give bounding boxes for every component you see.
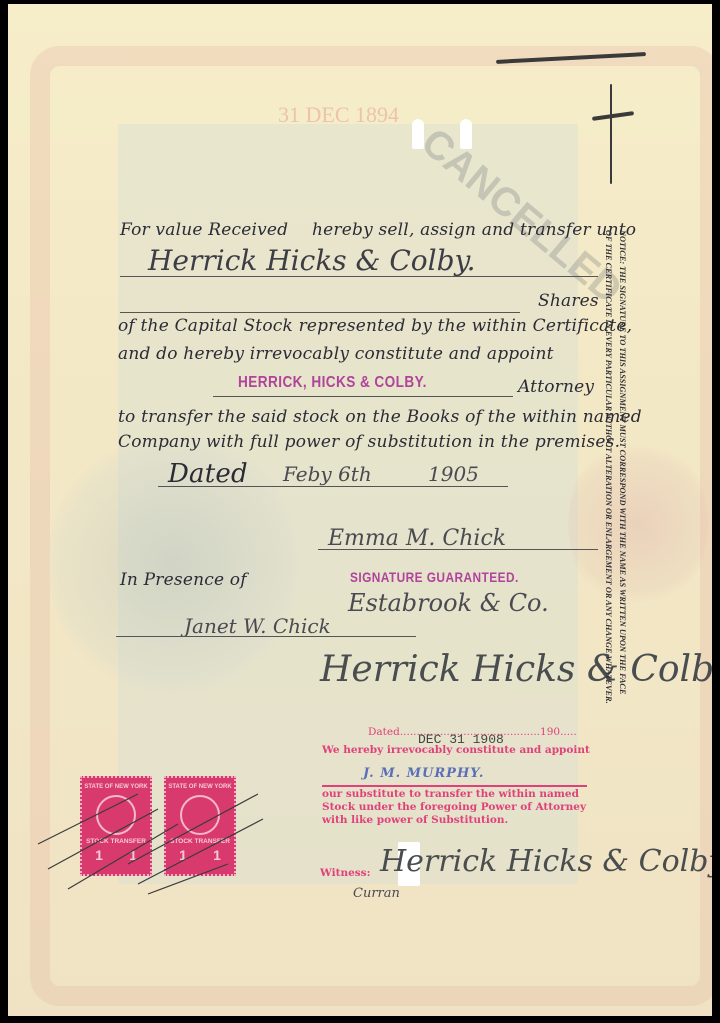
assignment-substitution: Company with full power of substitution … xyxy=(118,432,620,452)
witness-label: Witness: xyxy=(320,867,370,879)
assignment-for-value-received: For value Received xyxy=(120,220,288,240)
substitution-firm-signature: Herrick Hicks & Colby xyxy=(380,844,712,879)
punch-hole xyxy=(460,119,472,149)
attorney-line xyxy=(213,396,513,397)
substitution-line-4: with like power of Substitution. xyxy=(322,814,508,826)
show-through-seal xyxy=(568,434,708,614)
pencil-stroke xyxy=(610,84,612,184)
dated-day-handwritten: Feby 6th xyxy=(283,462,372,486)
certificate-paper: 31 DEC 1894 CANCELLED For value Received… xyxy=(8,4,712,1016)
in-presence-of-label: In Presence of xyxy=(120,570,247,590)
attorney-label: Attorney xyxy=(518,377,594,397)
assignment-transfer-unto: hereby sell, assign and transfer unto xyxy=(312,220,636,240)
substitution-line-3: Stock under the foregoing Power of Attor… xyxy=(322,801,586,813)
shares-label: Shares xyxy=(538,291,599,311)
dated-label: Dated xyxy=(168,459,248,489)
dated-year-handwritten: 1905 xyxy=(428,462,479,486)
attorney-stamp: HERRICK, HICKS & COLBY. xyxy=(238,374,427,392)
signature-guaranteed-stamp: SIGNATURE GUARANTEED. xyxy=(350,569,519,585)
signer-signature: Emma M. Chick xyxy=(328,526,506,551)
assignment-constitute-appoint: and do hereby irrevocably constitute and… xyxy=(118,344,554,364)
signer-line xyxy=(318,549,598,550)
assignee-line xyxy=(120,276,598,277)
assignment-transfer-books: to transfer the said stock on the Books … xyxy=(118,407,642,427)
dated-line xyxy=(158,486,508,487)
guarantor-signature: Estabrook & Co. xyxy=(348,589,549,617)
cancellation-pen-strokes xyxy=(28,774,268,904)
substitution-line-1: We hereby irrevocably constitute and app… xyxy=(322,744,590,756)
substitution-line-2: our substitute to transfer the within na… xyxy=(322,788,579,800)
witness-line xyxy=(116,636,416,637)
signature-notice: NOTICE: THE SIGNATURE TO THIS ASSIGNMENT… xyxy=(598,230,638,650)
substitute-line xyxy=(322,785,587,787)
witness-signature: Janet W. Chick xyxy=(184,614,331,638)
substitute-name: J. M. MURPHY. xyxy=(363,766,484,781)
assignee-handwritten: Herrick Hicks & Colby. xyxy=(148,244,476,277)
punch-hole xyxy=(412,119,424,149)
firm-signature: Herrick Hicks & Colby xyxy=(320,649,712,690)
pencil-note: Curran xyxy=(353,886,400,901)
assignment-capital-stock: of the Capital Stock represented by the … xyxy=(118,316,632,336)
shares-line xyxy=(120,312,520,313)
notice-line-2: OF THE CERTIFICATE IN EVERY PARTICULAR W… xyxy=(604,230,613,704)
notice-line-1: NOTICE: THE SIGNATURE TO THIS ASSIGNMENT… xyxy=(618,230,627,695)
